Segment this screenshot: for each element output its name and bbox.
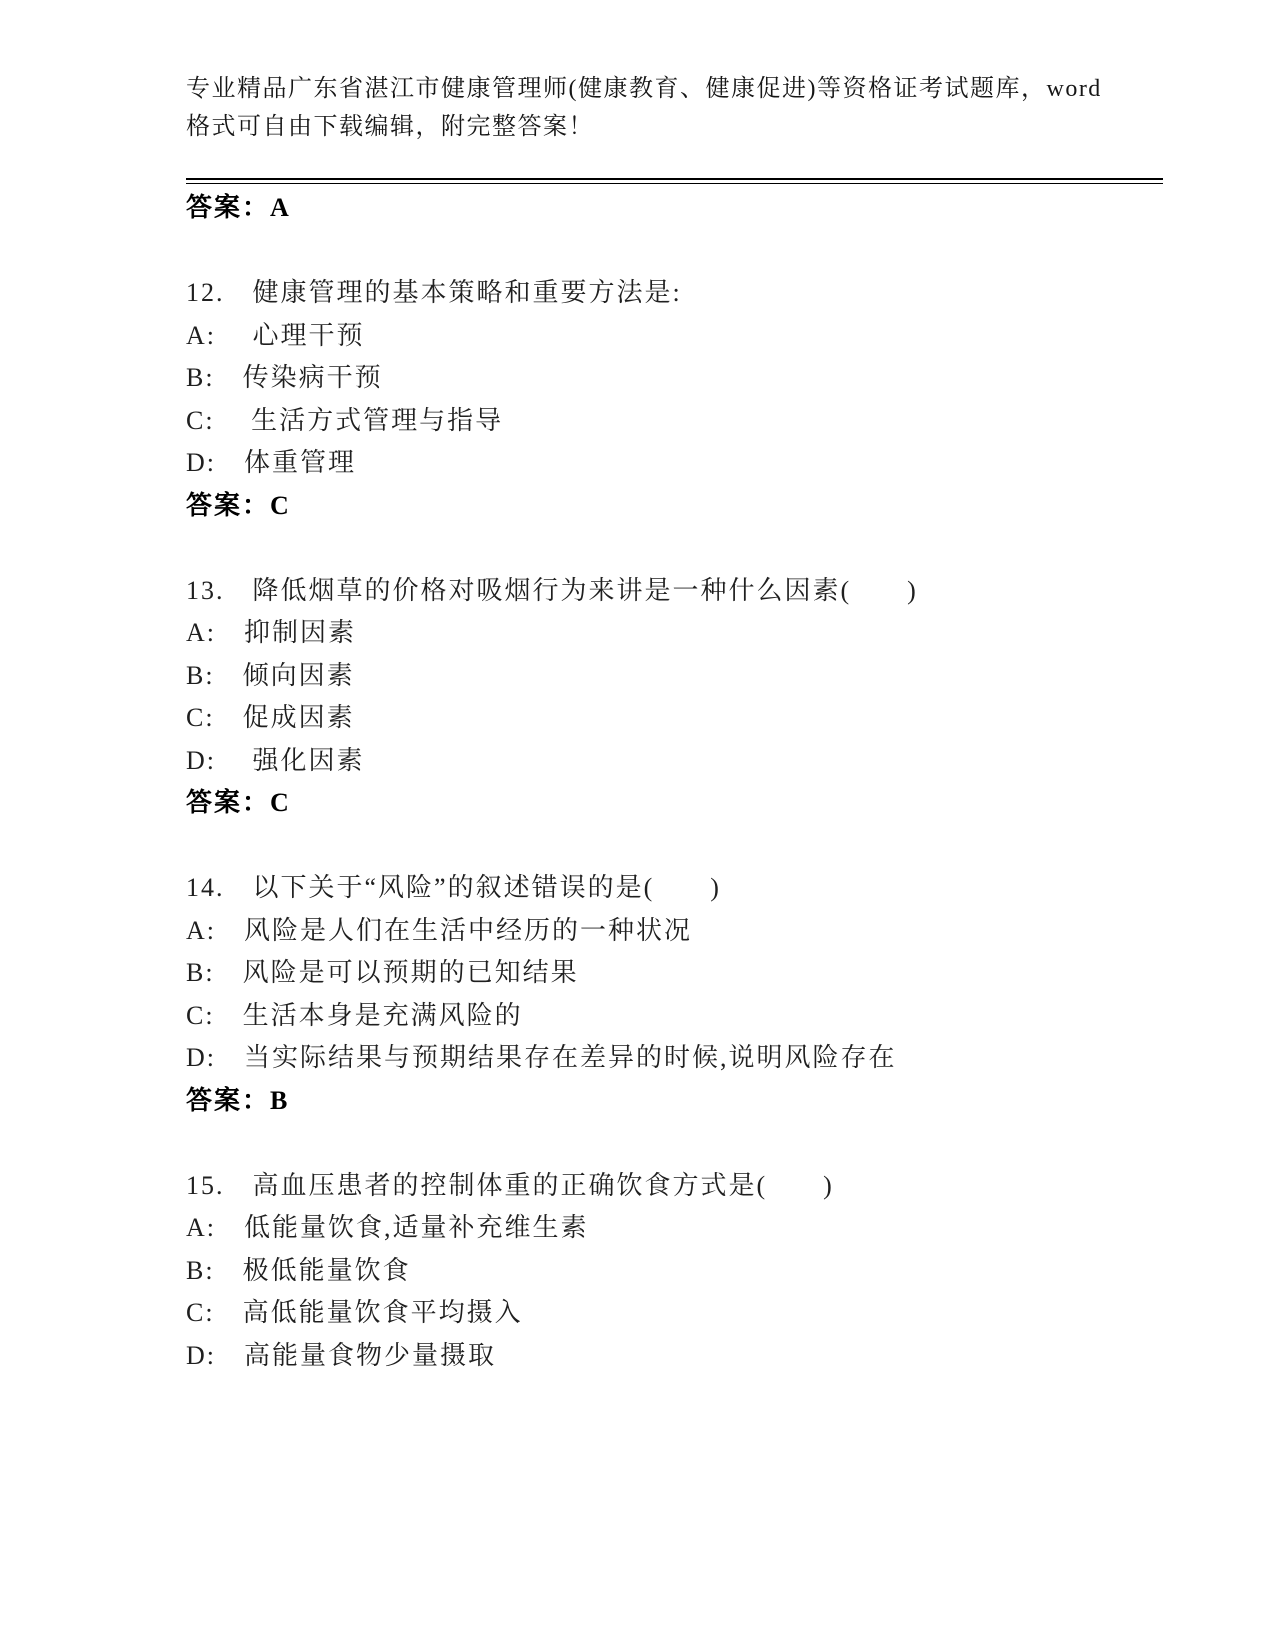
- option-line-c: C: 生活本身是充满风险的: [186, 995, 1163, 1038]
- header-line-1: 专业精品广东省湛江市健康管理师(健康教育、健康促进)等资格证考试题库，word: [186, 70, 1163, 108]
- option-line-b: B: 风险是可以预期的已知结果: [186, 952, 1163, 995]
- document-page: 专业精品广东省湛江市健康管理师(健康教育、健康促进)等资格证考试题库，word …: [0, 0, 1275, 1650]
- option-line-b: B: 传染病干预: [186, 357, 1163, 400]
- option-line-b: B: 倾向因素: [186, 655, 1163, 698]
- answer-line: 答案：A: [186, 187, 1163, 230]
- option-line-a: A: 抑制因素: [186, 612, 1163, 655]
- header-divider: [186, 178, 1163, 184]
- answer-line: 答案：B: [186, 1080, 1163, 1123]
- question-block-14: 14. 以下关于“风险”的叙述错误的是( ) A: 风险是人们在生活中经历的一种…: [186, 867, 1163, 1122]
- option-line-c: C: 生活方式管理与指导: [186, 400, 1163, 443]
- answer-line: 答案：C: [186, 485, 1163, 528]
- question-line: 12. 健康管理的基本策略和重要方法是:: [186, 272, 1163, 315]
- document-body: 答案：A 12. 健康管理的基本策略和重要方法是: A: 心理干预 B: 传染病…: [186, 187, 1163, 1377]
- question-line: 15. 高血压患者的控制体重的正确饮食方式是( ): [186, 1165, 1163, 1208]
- option-line-d: D: 体重管理: [186, 442, 1163, 485]
- question-block-12: 12. 健康管理的基本策略和重要方法是: A: 心理干预 B: 传染病干预 C:…: [186, 272, 1163, 527]
- header-line-2: 格式可自由下载编辑，附完整答案！: [186, 108, 1163, 146]
- option-line-a: A: 风险是人们在生活中经历的一种状况: [186, 910, 1163, 953]
- question-line: 14. 以下关于“风险”的叙述错误的是( ): [186, 867, 1163, 910]
- option-line-d: D: 当实际结果与预期结果存在差异的时候,说明风险存在: [186, 1037, 1163, 1080]
- question-block-13: 13. 降低烟草的价格对吸烟行为来讲是一种什么因素( ) A: 抑制因素 B: …: [186, 570, 1163, 825]
- question-block-15: 15. 高血压患者的控制体重的正确饮食方式是( ) A: 低能量饮食,适量补充维…: [186, 1165, 1163, 1378]
- option-line-c: C: 促成因素: [186, 697, 1163, 740]
- option-line-c: C: 高低能量饮食平均摄入: [186, 1292, 1163, 1335]
- option-line-a: A: 心理干预: [186, 315, 1163, 358]
- question-line: 13. 降低烟草的价格对吸烟行为来讲是一种什么因素( ): [186, 570, 1163, 613]
- answer-line: 答案：C: [186, 782, 1163, 825]
- page-content: 专业精品广东省湛江市健康管理师(健康教育、健康促进)等资格证考试题库，word …: [186, 70, 1163, 1377]
- option-line-d: D: 强化因素: [186, 740, 1163, 783]
- page-header: 专业精品广东省湛江市健康管理师(健康教育、健康促进)等资格证考试题库，word …: [186, 70, 1163, 146]
- option-line-b: B: 极低能量饮食: [186, 1250, 1163, 1293]
- option-line-a: A: 低能量饮食,适量补充维生素: [186, 1207, 1163, 1250]
- option-line-d: D: 高能量食物少量摄取: [186, 1335, 1163, 1378]
